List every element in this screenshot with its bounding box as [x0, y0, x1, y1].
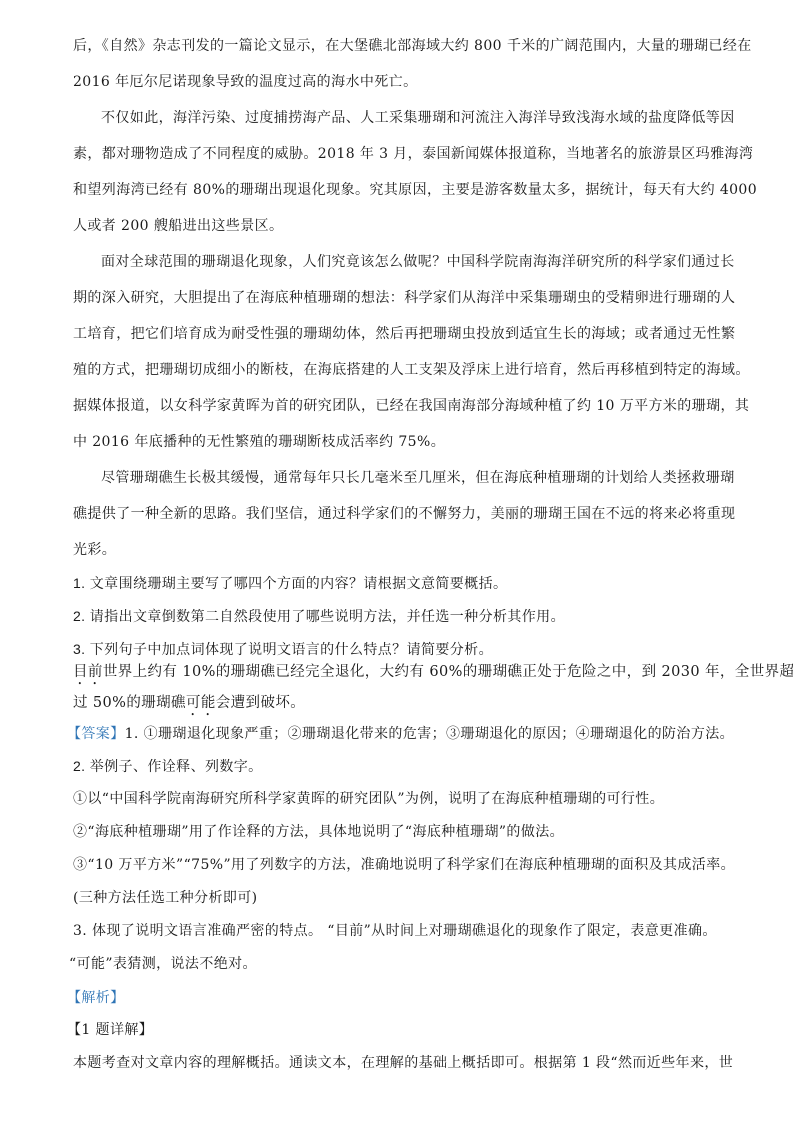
article-p1-line2: 2016 年厄尔尼诺现象导致的温度过高的海水中死亡。	[73, 72, 417, 92]
analysis-label: 【解析】	[67, 987, 125, 1007]
article-p3-line6: 中 2016 年底播种的无性繁殖的珊瑚断枝成活率约 75%。	[73, 432, 445, 452]
article-p4-line2: 礁提供了一种全新的思路。我们坚信，通过科学家们的不懈努力，美丽的珊瑚王国在不远的…	[73, 504, 723, 524]
answer-2-item1: ①以“中国科学院南海研究所科学家黄晖的研究团队”为例，说明了在海底种植珊瑚的可行…	[73, 789, 664, 809]
answer-line1: 【答案】1. ①珊瑚退化现象严重；②珊瑚退化带来的危害；③珊瑚退化的原因；④珊瑚…	[73, 723, 734, 744]
article-p3-line1: 面对全球范围的珊瑚退化现象，人们究竟该怎么做呢？中国科学院南海海洋研究所的科学家…	[73, 252, 723, 272]
quoted-sentence-line2-after: 会遭到破坏。	[216, 695, 305, 711]
article-p4-line1: 尽管珊瑚礁生长极其缓慢，通常每年只长几毫米至几厘米，但在海底种植珊瑚的计划给人类…	[73, 468, 723, 488]
quoted-sentence-line1-rest: 世界上约有 10%的珊瑚礁已经完全退化，大约有 60%的珊瑚礁正处于危险之中，到…	[103, 664, 793, 680]
answer-3-line1: 3. 体现了说明文语言准确严密的特点。 “目前”从时间上对珊瑚礁退化的现象作了限…	[73, 921, 717, 941]
article-p3-line4: 殖的方式，把珊瑚切成细小的断枝，在海底搭建的人工支架及浮床上进行培育，然后再移植…	[73, 360, 723, 380]
emphasized-word-muqian: 目前	[73, 664, 103, 680]
article-p4-line3: 光彩。	[73, 540, 116, 560]
analysis-q1-header: 【1 题详解】	[67, 1020, 153, 1040]
answer-label: 【答案】	[67, 725, 125, 741]
answer-2-note: (三种方法任选工种分析即可)	[73, 888, 258, 908]
answer-2: 2. 举例子、作诠释、列数字。	[73, 756, 263, 776]
answer-1: 1. ①珊瑚退化现象严重；②珊瑚退化带来的危害；③珊瑚退化的原因；④珊瑚退化的防…	[125, 726, 734, 742]
question-3: 3. 下列句子中加点词体现了说明文语言的什么特点？请简要分析。	[73, 639, 493, 659]
quoted-sentence-line2: 过 50%的珊瑚礁可能会遭到破坏。	[73, 693, 305, 719]
article-p3-line5: 据媒体报道，以女科学家黄晖为首的研究团队，已经在我国南海部分海域种植了约 10 …	[73, 396, 723, 416]
article-p3-line3: 工培育，把它们培育成为耐受性强的珊瑚幼体，然后再把珊瑚虫投放到适宜生长的海域；或…	[73, 324, 723, 344]
quoted-sentence-line2-before: 过 50%的珊瑚礁	[73, 695, 186, 711]
quoted-sentence-line1: 目前世界上约有 10%的珊瑚礁已经完全退化，大约有 60%的珊瑚礁正处于危险之中…	[73, 662, 723, 688]
article-p2-line1: 不仅如此，海洋污染、过度捕捞海产品、人工采集珊瑚和河流注入海洋导致浅海水域的盐度…	[73, 108, 723, 128]
answer-3-line2: “可能”表猜测，说法不绝对。	[69, 954, 257, 974]
article-p1-line1: 后，《自然》杂志刊发的一篇论文显示，在大堡礁北部海域大约 800 千米的广阔范围…	[73, 36, 723, 56]
question-2: 2. 请指出文章倒数第二自然段使用了哪些说明方法，并任选一种分析其作用。	[73, 606, 565, 626]
article-p2-line4: 人或者 200 艘船进出这些景区。	[73, 216, 283, 236]
answer-2-item3: ③“10 万平方米”“75%”用了列数字的方法，准确地说明了科学家们在海底种植珊…	[73, 855, 735, 875]
answer-2-item2: ②“海底种植珊瑚”用了作诠释的方法，具体地说明了“海底种植珊瑚”的做法。	[73, 822, 564, 842]
article-p3-line2: 期的深入研究，大胆提出了在海底种植珊瑚的想法：科学家们从海洋中采集珊瑚虫的受精卵…	[73, 288, 723, 308]
analysis-q1-text: 本题考查对文章内容的理解概括。通读文本，在理解的基础上概括即可。根据第 1 段“…	[73, 1053, 723, 1073]
question-1: 1. 文章围绕珊瑚主要写了哪四个方面的内容？请根据文意简要概括。	[73, 573, 507, 593]
article-p2-line2: 素，都对珊物造成了不同程度的威胁。2018 年 3 月，泰国新闻媒体报道称，当地…	[73, 144, 723, 164]
article-p2-line3: 和望列海湾已经有 80%的珊瑚出现退化现象。究其原因，主要是游客数量太多，据统计…	[73, 180, 723, 200]
emphasized-word-keneng: 可能	[186, 695, 216, 711]
